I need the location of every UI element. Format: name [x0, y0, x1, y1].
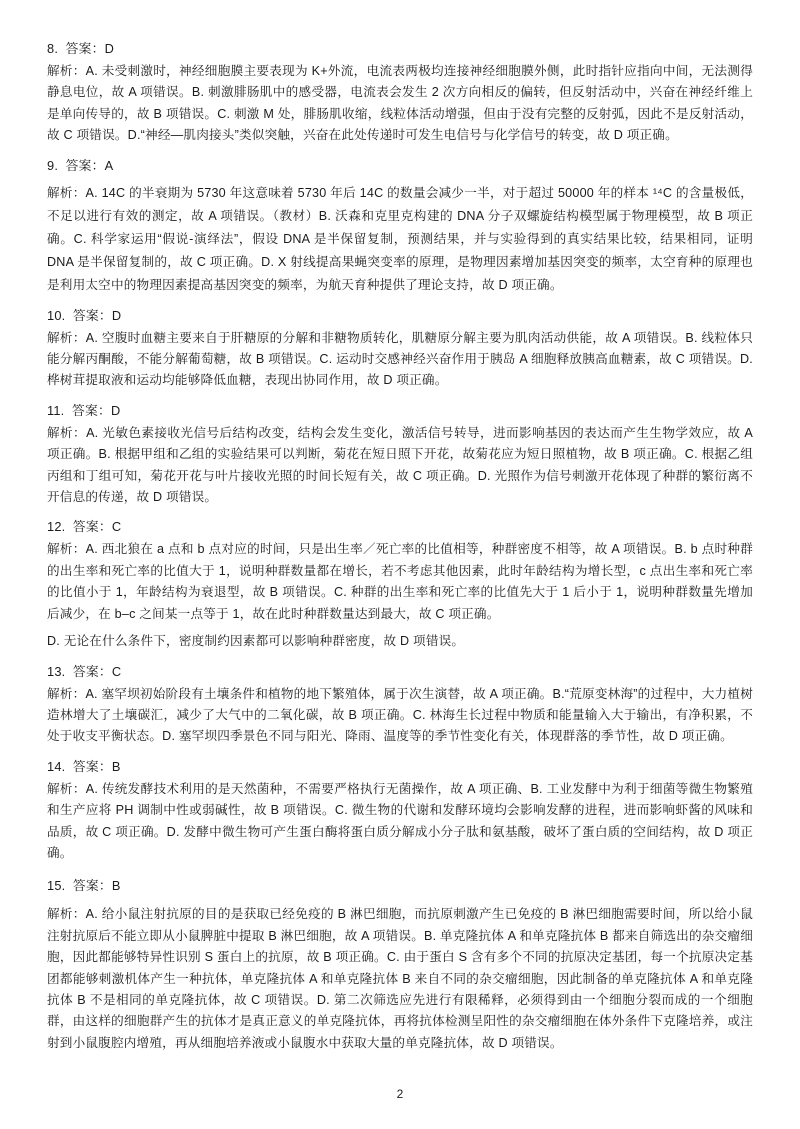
explanation-paragraph: 解析：A. 西北狼在 a 点和 b 点对应的时间，只是出生率／死亡率的比值相等，…	[47, 539, 753, 625]
answer-heading: 11. 答案：D	[47, 402, 753, 420]
answer-item-13: 13. 答案：C 解析：A. 塞罕坝初始阶段有土壤条件和植物的地下繁殖体，属于次…	[47, 663, 753, 748]
answer-item-8: 8. 答案：D 解析：A. 未受刺激时，神经细胞膜主要表现为 K+外流，电流表两…	[47, 40, 753, 147]
document-page: 8. 答案：D 解析：A. 未受刺激时，神经细胞膜主要表现为 K+外流，电流表两…	[0, 0, 800, 1129]
explanation-paragraph: 解析：A. 光敏色素接收光信号后结构改变，结构会发生变化，激活信号转导，进而影响…	[47, 423, 753, 509]
answer-item-12: 12. 答案：C 解析：A. 西北狼在 a 点和 b 点对应的时间，只是出生率／…	[47, 518, 753, 652]
explanation-paragraph: 解析：A. 14C 的半衰期为 5730 年这意味着 5730 年后 14C 的…	[47, 182, 753, 297]
answer-item-14: 14. 答案：B 解析：A. 传统发酵技术利用的是天然菌种，不需要严格执行无菌操…	[47, 758, 753, 865]
answer-item-9: 9. 答案：A 解析：A. 14C 的半衰期为 5730 年这意味着 5730 …	[47, 157, 753, 297]
explanation-paragraph: 解析：A. 塞罕坝初始阶段有土壤条件和植物的地下繁殖体，属于次生演替，故 A 项…	[47, 684, 753, 748]
answer-heading: 10. 答案：D	[47, 307, 753, 325]
answer-item-10: 10. 答案：D 解析：A. 空腹时血糖主要来自于肝糖原的分解和非糖物质转化，肌…	[47, 307, 753, 392]
explanation-paragraph: D. 无论在什么条件下，密度制约因素都可以影响种群密度，故 D 项错误。	[47, 631, 753, 652]
explanation-paragraph: 解析：A. 给小鼠注射抗原的目的是获取已经免疫的 B 淋巴细胞，而抗原刺激产生已…	[47, 904, 753, 1054]
page-number: 2	[0, 1087, 800, 1101]
explanation-paragraph: 解析：A. 未受刺激时，神经细胞膜主要表现为 K+外流，电流表两极均连接神经细胞…	[47, 61, 753, 147]
answer-heading: 13. 答案：C	[47, 663, 753, 681]
answer-heading: 9. 答案：A	[47, 157, 753, 175]
answer-heading: 14. 答案：B	[47, 758, 753, 776]
explanation-paragraph: 解析：A. 空腹时血糖主要来自于肝糖原的分解和非糖物质转化，肌糖原分解主要为肌肉…	[47, 328, 753, 392]
explanation-paragraph: 解析：A. 传统发酵技术利用的是天然菌种，不需要严格执行无菌操作，故 A 项正确…	[47, 779, 753, 865]
answer-item-15: 15. 答案：B 解析：A. 给小鼠注射抗原的目的是获取已经免疫的 B 淋巴细胞…	[47, 877, 753, 1054]
answer-heading: 15. 答案：B	[47, 877, 753, 895]
answer-heading: 12. 答案：C	[47, 518, 753, 536]
answer-item-11: 11. 答案：D 解析：A. 光敏色素接收光信号后结构改变，结构会发生变化，激活…	[47, 402, 753, 509]
answer-heading: 8. 答案：D	[47, 40, 753, 58]
